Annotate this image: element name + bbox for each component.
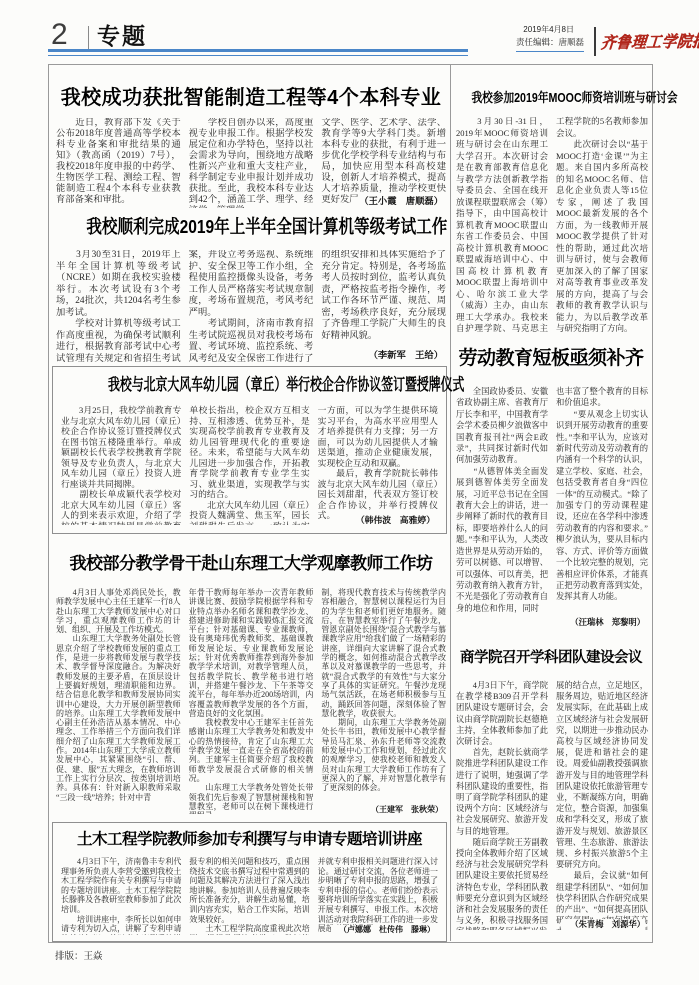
article-patent-lecture-box: 土木工程学院教师参加专利撰写与申请专题培训讲座 4月3日下午，济南鲁丰专利代理事… [52,822,447,942]
section-title: 专题 [97,25,147,48]
article-labor-education-body: 全国政协委员、安徽省政协副主席、省教育厅厅长李和平，中国教育学会学术委员柳夕浪做… [456,386,648,628]
page-number: 2 [51,20,68,50]
masthead-divider [594,27,596,56]
page-header: 2 专题 2019年4月8日 责任编辑：唐顺磊 齐鲁理工学院报 [0,0,699,64]
article-byline: （王建军 张秋荣） [363,805,443,814]
article-business-school-title: 商学院召开学科团队建设会议 [454,650,648,667]
article-patent-lecture-title: 土木工程学院教师参加专利撰写与申请专题培训讲座 [53,831,446,850]
article-byline: （韩伟波 高雅婷） [348,515,435,526]
article-column: 并就专利申报相关问题进行深入讨论。通过研讨交流，各位老师进一步明晰了专利申报的思… [318,857,438,935]
article-column: 4月3日下午，济南鲁丰专利代理事务所负责人李营受邀到我校土木工程学院作有关专利撰… [61,857,181,935]
article-byline: （朱青梅 刘源华） [562,919,645,930]
article-column: 3月30日-31日，2019年MOOC师资培训班与研讨会在山东理工大学召开。本次… [456,116,548,334]
article-byline: （卢娜娜 杜传伟 滕琳） [331,925,435,935]
article-column: 单校长指出，校企双方互相支持、互相渗透、优势互补，是实现高校学前教育专业教育及幼… [189,405,309,525]
article-column: 3月30至31日，2019年上半年全国计算机等级考试（NCRE）如期在我校实验楼… [56,250,181,362]
article-labor-education-title: 劳动教育短板亟须补齐 [454,348,648,371]
article-column: 的组织安排和具体实施给予了充分肯定。特别是，各考场监考人员按时到位，监考认真负责… [321,250,446,362]
typesetter-credit: 排版：王焱 [55,948,103,962]
article-kindergarten-body: 3月25日，我校学前教育专业与北京大风车幼儿园（章丘）校企合作协议签订暨授牌仪式… [61,405,438,525]
article-column: 全国政协委员、安徽省政协副主席、省教育厅厅长李和平，中国教育学会学术委员柳夕浪做… [456,386,548,628]
issue-info: 2019年4月8日 责任编辑：唐顺磊 [462,24,584,52]
article-patent-lecture-body: 4月3日下午，济南鲁丰专利代理事务所负责人李营受邀到我校土木工程学院作有关专利撰… [61,857,438,935]
article-column: 也丰富了整个教育的目标和价值追求。 “要从观念上切实认识到开展劳动教育的重要性。… [556,386,648,628]
header-divider [88,26,89,50]
header-rule [48,49,468,56]
article-majors-approved-title: 我校成功获批智能制造工程等4个本科专业 [55,86,447,110]
article-mooc-training-body: 3月30日-31日，2019年MOOC师资培训班与研讨会在山东理工大学召开。本次… [456,116,648,334]
article-column: 制，将现代教育技术与传统教学内容相融合，智慧树以课程运行为目的为学生和老师们更好… [321,588,446,814]
article-column: 年骨干教师每年举办一次青年教师讲课比赛、鼓励学院根据学科和专业特点举办名师名课和… [189,588,314,814]
column-divider [450,64,451,941]
article-kindergarten-box: 我校与北京大风车幼儿园（章丘）举行校企合作协议签订暨授牌仪式 3月25日，我校学… [52,366,447,534]
article-ncre-exam-title: 我校顺利完成2019年上半年全国计算机等级考试工作 [86,216,415,238]
article-column: 学校自创办以来，高度重视专业申报工作。根据学校发展定位和办学特色，坚持以社会需求… [189,118,314,208]
article-kindergarten-title: 我校与北京大风车幼儿园（章丘）举行校企合作协议签订暨授牌仪式 [108,376,391,396]
article-byline: （王小霞 唐顺磊） [351,197,443,208]
article-business-school-body: 4月3日下午，商学院在教学楼B309召开学科团队建设专题研讨会，会议由商学院副院… [456,680,648,930]
article-byline: （汪瑞林 郑黎明） [562,617,645,628]
article-teacher-workshop-body: 4月3日人事处邓尚民处长，教师教学发展中心主任王建军一行8人赴山东理工大学教师发… [56,588,446,814]
article-majors-approved-body: 近日，教育部下发《关于公布2018年度普通高等学校本科专业备案和审批结果的通知》… [56,118,446,208]
issue-date: 2019年4月8日 [462,24,584,36]
article-column: 工程学院的5名教师参加会议。 此次研讨会以“基于MOOC打造‘金课’”为主题。来… [556,116,648,334]
article-column: 近日，教育部下发《关于公布2018年度普通高等学校本科专业备案和审批结果的通知》… [56,118,181,208]
article-ncre-exam-body: 3月30至31日，2019年上半年全国计算机等级考试（NCRE）如期在我校实验楼… [56,250,446,362]
article-mooc-training-title: 我校参加2019年MOOC师资培训班与研讨会 [471,90,630,106]
article-column: 案，并设立考务巡视、系统维护、安全保卫等工作小组，全程使用监控摄像头设备，考务工… [189,250,314,362]
article-teacher-workshop-title: 我校部分教学骨干赴山东理工大学观摩教师工作坊 [55,554,447,574]
article-column: 3月25日，我校学前教育专业与北京大风车幼儿园（章丘）校企合作协议签订暨授牌仪式… [61,405,181,525]
article-column: 4月3日下午，商学院在教学楼B309召开学科团队建设专题研讨会，会议由商学院副院… [456,680,548,930]
article-column: 4月3日人事处邓尚民处长，教师教学发展中心主任王建军一行8人赴山东理工大学教师发… [56,588,181,814]
article-byline: （李新军 王给） [361,351,443,363]
article-column: 一方面，可以为学生提供环境实习平台，为高水平应用型人才培养提供有力支撑；另一方面… [318,405,438,525]
masthead: 齐鲁理工学院报 [600,28,699,53]
editor-credit: 责任编辑：唐顺磊 [516,36,584,52]
article-column: 报专利的相关问题和技巧，重点围绕技术交底书撰写过程中常遇到的问题及其解决方法进行… [189,857,309,935]
article-column: 文学、医学、艺术学、法学、教育学等9大学科门类。新增本科专业的获批，有利于进一步… [321,118,446,208]
newspaper-page: { "colors":{"accent_blue":"#4a86c8","mas… [0,0,699,985]
article-column: 展的结合点，立足地区，服务周边，贴近地区经济发展实际，在此基础上成立区域经济与社… [556,680,648,930]
